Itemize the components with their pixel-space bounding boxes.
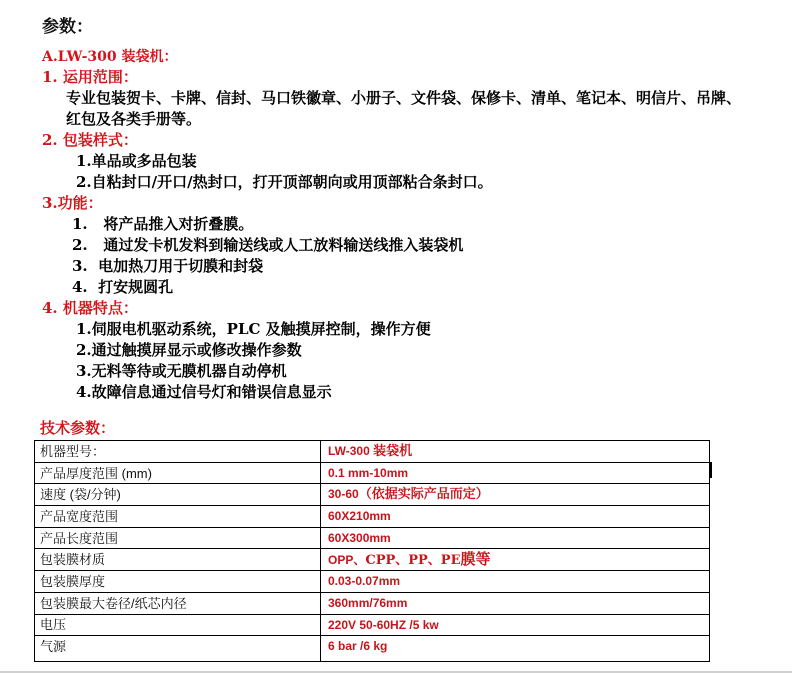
section-heading-functions: 3.功能： [42,192,103,213]
param-value: 0.1 mm-10mm [321,462,710,484]
tech-params-heading: 技术参数： [40,417,115,438]
page-title: 参数： [42,12,93,37]
scope-line-2: 红包及各类手册等。 [66,108,201,129]
table-row: 产品厚度范围 (mm) 0.1 mm-10mm [35,462,710,484]
param-label: 电压 [35,614,321,636]
param-value: 60X210mm [321,506,710,528]
table-row: 电压 220V 50-60HZ /5 kw [35,614,710,636]
document-page: 参数： A.LW-300 装袋机： 1. 运用范围： 专业包装贺卡、卡牌、信封、… [0,0,792,674]
param-value: 360mm/76mm [321,592,710,614]
scope-line-1: 专业包装贺卡、卡牌、信封、马口铁徽章、小册子、文件袋、保修卡、清单、笔记本、明信… [66,87,741,108]
function-line-1: 1. 将产品推入对折叠膜。 [72,213,253,234]
feature-line-4: 4.故障信息通过信号灯和错误信息显示 [76,381,332,402]
table-edge-mark [709,462,712,478]
section-heading-features: 4. 机器特点： [42,297,138,318]
packaging-style-line-2: 2.自粘封口/开口/热封口，打开顶部朝向或用顶部粘合条封口。 [76,171,493,192]
param-label: 产品宽度范围 [35,506,321,528]
param-label: 包装膜最大卷径/纸芯内径 [35,592,321,614]
tech-params-table: 机器型号： LW-300 装袋机 产品厚度范围 (mm) 0.1 mm-10mm… [34,440,710,662]
table-row: 产品长度范围 60X300mm [35,527,710,549]
param-label: 产品长度范围 [35,527,321,549]
param-value: 60X300mm [321,527,710,549]
param-value: 0.03-0.07mm [321,571,710,593]
section-heading-scope: 1. 运用范围： [42,66,138,87]
param-value: OPP、CPP、PP、PE膜等 [321,549,710,571]
table-row: 包装膜厚度 0.03-0.07mm [35,571,710,593]
model-heading: A.LW-300 装袋机： [42,46,178,66]
table-row: 包装膜最大卷径/纸芯内径 360mm/76mm [35,592,710,614]
param-value: LW-300 装袋机 [321,441,710,463]
table-row: 产品宽度范围 60X210mm [35,506,710,528]
feature-line-3: 3.无料等待或无膜机器自动停机 [76,360,287,381]
function-line-3: 3. 电加热刀用于切膜和封袋 [72,255,263,276]
packaging-style-line-1: 1.单品或多品包装 [76,150,197,171]
table-row: 气源 6 bar /6 kg [35,636,710,662]
param-label: 包装膜厚度 [35,571,321,593]
table-row: 速度 (袋/分钟) 30-60（依据实际产品而定） [35,484,710,506]
table-row: 机器型号： LW-300 装袋机 [35,441,710,463]
feature-line-2: 2.通过触摸屏显示或修改操作参数 [76,339,302,360]
table-row: 包装膜材质 OPP、CPP、PP、PE膜等 [35,549,710,571]
feature-line-1: 1.伺服电机驱动系统，PLC 及触摸屏控制，操作方便 [76,318,431,339]
param-value: 30-60（依据实际产品而定） [321,484,710,506]
param-label: 产品厚度范围 (mm) [35,462,321,484]
param-label: 速度 (袋/分钟) [35,484,321,506]
function-line-4: 4. 打安规圆孔 [72,276,173,297]
param-label: 包装膜材质 [35,549,321,571]
param-label: 机器型号： [35,441,321,463]
bottom-divider [0,671,792,673]
function-line-2: 2. 通过发卡机发料到输送线或人工放料输送线推入装袋机 [72,234,463,255]
section-heading-packaging-style: 2. 包装样式： [42,129,138,150]
param-value: 220V 50-60HZ /5 kw [321,614,710,636]
param-label: 气源 [35,636,321,662]
param-value: 6 bar /6 kg [321,636,710,662]
